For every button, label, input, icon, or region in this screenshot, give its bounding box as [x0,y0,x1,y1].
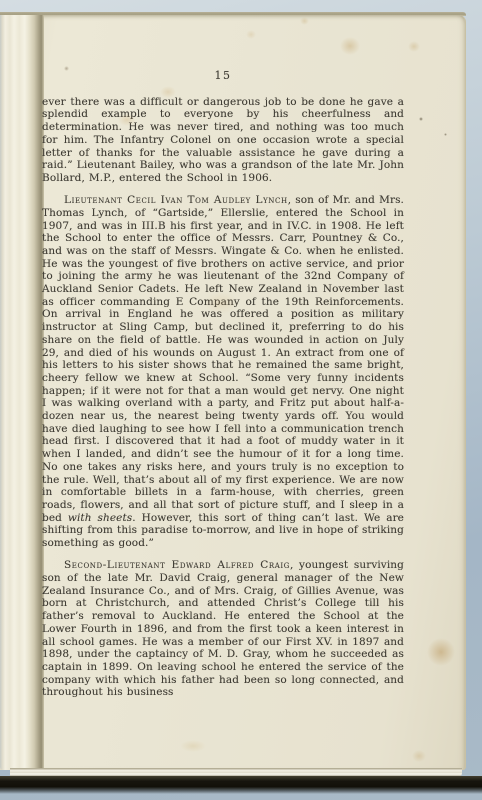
paragraph: Second-Lieutenant Edward Alfred Craig, y… [42,559,404,699]
text-block: 15 ever there was a difficult or dangero… [42,70,404,699]
page-number: 15 [42,70,404,83]
book-cover-shadow [0,776,482,794]
binding-gutter [0,15,44,770]
text-segment-smallcaps: Second-Lieutenant Edward Alfred Craig [64,559,290,571]
text-segment: , son of Mr. and Mrs. Thomas Lynch, of “… [42,194,404,524]
text-segment-smallcaps: Lieutenant Cecil Ivan Tom Audley Lynch [64,194,288,206]
book-scan: 15 ever there was a difficult or dangero… [0,0,482,800]
text-segment: ever there was a difficult or dangerous … [42,96,404,184]
text-segment-italic: with sheets [68,512,132,524]
paragraph: Lieutenant Cecil Ivan Tom Audley Lynch, … [42,194,404,550]
text-segment: , youngest surviving son of the late Mr.… [42,559,404,698]
paragraph: ever there was a difficult or dangerous … [42,96,404,185]
